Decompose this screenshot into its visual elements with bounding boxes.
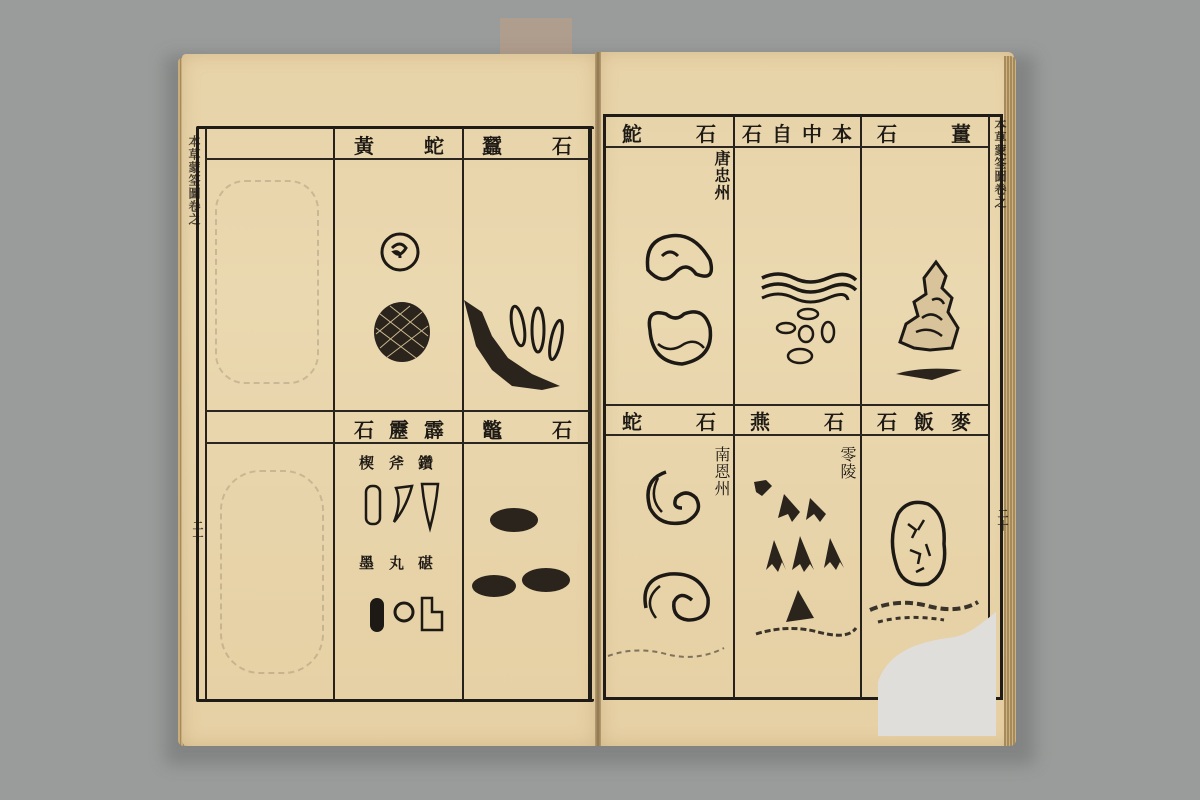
cell-header-shiyan: 燕 石 [736,407,858,433]
header-char: 薑 [951,118,971,147]
illustration-shehuang [370,228,430,368]
show-through-ghost [215,180,319,384]
header-char: 蛇 [424,130,444,159]
header-char: 燕 [750,406,770,435]
cell-header-shituo: 鮀 石 [608,119,730,145]
book-gutter [595,52,601,746]
header-char: 蛇 [622,406,642,435]
header-char: 蠶 [482,130,502,159]
label-xie: 楔 [359,452,374,473]
ground-texture [606,636,726,676]
illustration-maifanshi [868,494,980,644]
header-char: 石 [877,118,897,147]
header-char: 鼈 [482,414,502,443]
header-char: 霹 [424,414,444,443]
right-margin-title: 本草蒙筌圖卷之 [992,118,1009,209]
cell-header-shibie: 鼈 石 [468,415,586,441]
header-rule [205,158,590,160]
right-margin-rule [988,116,990,698]
illustration-shishe [636,468,716,638]
illustration-jiangshi [892,258,972,388]
header-char: 石 [696,406,716,435]
grid-divider [333,128,335,700]
cell-header-shishe: 蛇 石 [608,407,730,433]
cell-header-maifanshi: 石 飯 麥 [863,407,985,433]
header-char: 石 [552,414,572,443]
header-char: 靂 [389,414,409,443]
illustration-shibie [468,500,578,610]
header-rule [606,146,988,148]
header-char: 中 [802,118,822,147]
illustration-shiyan [748,474,858,644]
header-char: 本 [832,118,852,147]
grid-divider [860,116,862,698]
cell-header-pilishi: 石 靂 霹 [340,415,458,441]
illustration-shican [462,296,572,396]
right-folio-marker: 二十 [994,508,1010,532]
header-char: 鮀 [622,118,642,147]
left-frame-right-border [588,126,592,702]
left-margin-rule [205,128,207,700]
grid-divider [733,116,735,698]
show-through-ghost [220,470,324,674]
illustration-pilishi [360,480,450,640]
header-char: 麥 [951,406,971,435]
header-char: 石 [696,118,716,147]
cell-header-jiangshi: 石 薑 [863,119,985,145]
header-char: 飯 [914,406,934,435]
left-folio-marker: 二十 [189,520,205,544]
cell-header-benzhongzishi: 石 自 中 本 [736,119,858,145]
label-fu: 斧 [389,452,404,473]
left-margin-title: 本草蒙筌圖卷之 [186,135,203,226]
header-char: 黃 [354,130,374,159]
illustration-benzhongzishi [758,268,858,378]
header-char: 石 [742,118,762,147]
cell-header-shican: 蠶 石 [468,131,586,157]
cell-header-shehuang: 黃 蛇 [340,131,458,157]
header-char: 自 [772,118,792,147]
header-char: 石 [877,406,897,435]
header-char: 石 [824,406,844,435]
illustration-shituo [640,230,720,370]
header-char: 石 [552,130,572,159]
label-zuan: 鑽 [418,452,433,473]
row-divider [205,410,590,412]
locality-tangzhongzhou: 唐忠州 [710,150,733,201]
grid-divider [462,128,464,700]
header-char: 石 [354,414,374,443]
